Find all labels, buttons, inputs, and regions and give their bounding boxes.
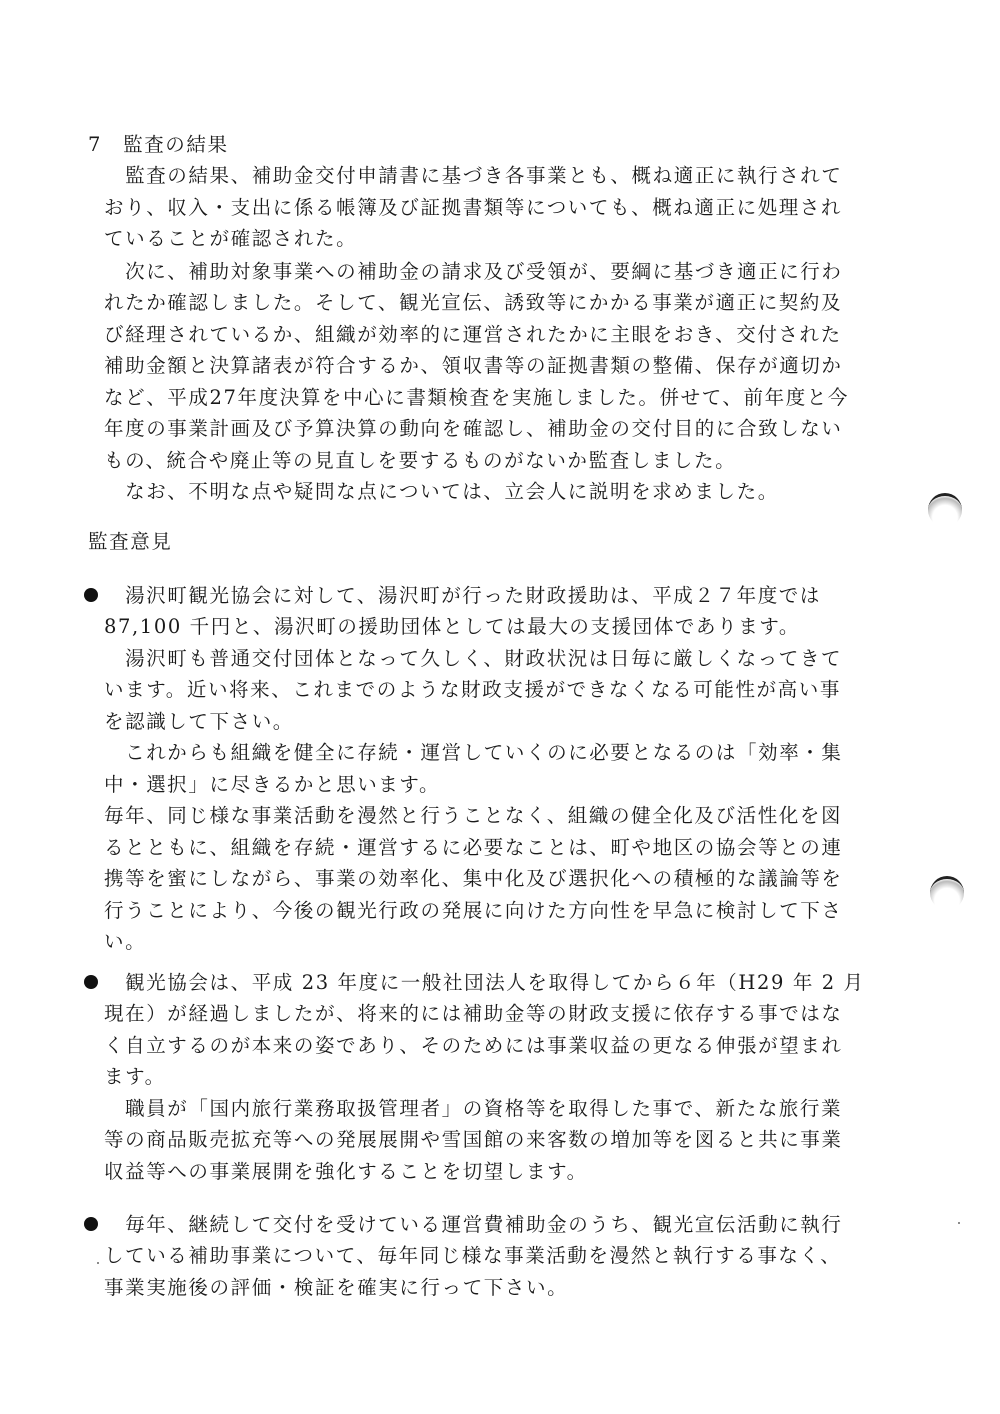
- paragraph-line: なお、不明な点や疑問な点については、立会人に説明を求めました。: [104, 482, 779, 502]
- bullet-line: 行うことにより、今後の観光行政の発展に向けた方向性を早急に検討して下さ: [104, 901, 843, 921]
- bullet-line: 湯沢町も普通交付団体となって久しく、財政状況は日毎に厳しくなってきて: [104, 649, 842, 669]
- paragraph-line: ていることが確認された。: [104, 229, 357, 249]
- paragraph-line: 監査の結果、補助金交付申請書に基づき各事業とも、概ね適正に執行されて: [104, 166, 843, 186]
- paragraph-line: れたか確認しました。そして、観光宣伝、誘致等にかかる事業が適正に契約及: [104, 293, 842, 313]
- section-heading: 7 監査の結果: [88, 135, 229, 155]
- bullet-line: 収益等への事業展開を強化することを切望します。: [104, 1162, 588, 1182]
- scan-speck: [97, 1262, 99, 1264]
- paragraph-line: もの、統合や廃止等の見直しを要するものがないか監査しました。: [104, 451, 736, 471]
- bullet-line: 事業実施後の評価・検証を確実に行って下さい。: [104, 1278, 568, 1298]
- bullet-line: 湯沢町観光協会に対して、湯沢町が行った財政援助は、平成２７年度では: [104, 586, 821, 606]
- bullet-icon: [84, 975, 98, 989]
- bullet-line: 職員が「国内旅行業務取扱管理者」の資格等を取得した事で、新たな旅行業: [104, 1099, 842, 1119]
- paragraph-line: 補助金額と決算諸表が符合するか、領収書等の証拠書類の整備、保存が適切か: [104, 356, 843, 376]
- document-page: 7 監査の結果 監査の結果、補助金交付申請書に基づき各事業とも、概ね適正に執行さ…: [0, 0, 1000, 1414]
- paragraph-line: おり、収入・支出に係る帳簿及び証拠書類等についても、概ね適正に処理され: [104, 198, 842, 218]
- bullet-line: 87,100 千円と、湯沢町の援助団体としては最大の支援団体であります。: [104, 617, 800, 637]
- punch-hole-icon: [930, 876, 964, 910]
- bullet-line: している補助事業について、毎年同じ様な事業活動を漫然と執行する事なく、: [104, 1246, 841, 1266]
- bullet-line: を認識して下さい。: [104, 712, 294, 732]
- scan-speck: [958, 1222, 960, 1224]
- punch-hole-icon: [928, 493, 962, 527]
- bullet-line: これからも組織を健全に存続・運営していくのに必要となるのは「効率・集: [104, 743, 843, 763]
- bullet-line: 中・選択」に尽きるかと思います。: [104, 775, 440, 795]
- opinion-heading: 監査意見: [88, 532, 172, 552]
- paragraph-line: び経理されているか、組織が効率的に運営されたかに主眼をおき、交付された: [104, 325, 842, 345]
- bullet-line: い。: [104, 932, 146, 952]
- bullet-line: 毎年、継続して交付を受けている運営費補助金のうち、観光宣伝活動に執行: [104, 1215, 843, 1235]
- bullet-icon: [84, 588, 98, 602]
- paragraph-line: 年度の事業計画及び予算決算の動向を確認し、補助金の交付目的に合致しない: [104, 419, 843, 439]
- bullet-line: 毎年、同じ様な事業活動を漫然と行うことなく、組織の健全化及び活性化を図: [104, 806, 842, 826]
- bullet-line: 観光協会は、平成 23 年度に一般社団法人を取得してから６年（H29 年 2 月: [104, 973, 865, 993]
- bullet-line: く自立するのが本来の姿であり、そのためには事業収益の更なる伸張が望まれ: [104, 1036, 843, 1056]
- paragraph-line: 次に、補助対象事業への補助金の請求及び受領が、要綱に基づき適正に行わ: [104, 262, 843, 282]
- bullet-line: います。近い将来、これまでのような財政支援ができなくなる可能性が高い事: [104, 680, 841, 700]
- bullet-line: 等の商品販売拡充等への発展展開や雪国館の来客数の増加等を図ると共に事業: [104, 1130, 843, 1150]
- bullet-line: るとともに、組織を存続・運営するに必要なことは、町や地区の協会等との連: [104, 838, 843, 858]
- bullet-line: ます。: [104, 1067, 166, 1087]
- paragraph-line: など、平成27年度決算を中心に書類検査を実施しました。併せて、前年度と今: [104, 388, 849, 408]
- bullet-icon: [84, 1217, 98, 1231]
- bullet-line: 現在）が経過しましたが、将来的には補助金等の財政支援に依存する事ではな: [104, 1004, 843, 1024]
- bullet-line: 携等を蜜にしながら、事業の効率化、集中化及び選択化への積極的な議論等を: [104, 869, 843, 889]
